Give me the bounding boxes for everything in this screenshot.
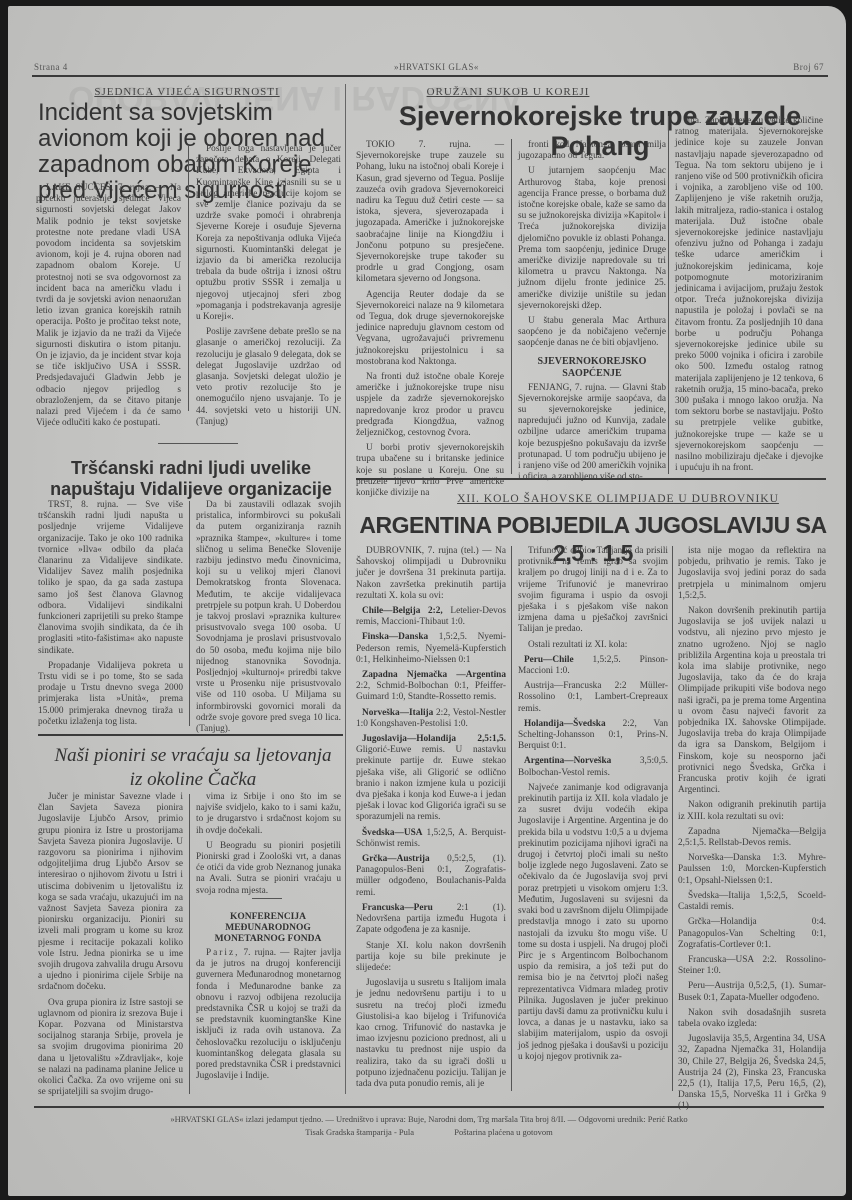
- imprint-line-2: Tisak Gradska štamparija - Pula Poštarin…: [34, 1127, 824, 1137]
- paragraph: U borbi protiv sjevernokorejskih trupa u…: [356, 443, 504, 499]
- paragraph: Nakon dovršenih prekinutih partija Jugos…: [678, 606, 826, 796]
- result-paragraph: Argentina—Norveška 3,5:0,5. Bolbochan-Ve…: [518, 756, 668, 778]
- result-pairing: Jugoslavija—Holandija 2,5:1,5.: [362, 734, 506, 744]
- separator-rule: [252, 898, 282, 899]
- result-pairing: Peru—Chile: [524, 655, 574, 665]
- trieste-column-2: Da bi zaustavili odlazak svojih pristali…: [196, 500, 341, 739]
- paragraph: Jučer je ministar Savezne vlade i član S…: [38, 792, 183, 994]
- imprint: »HRVATSKI GLAS« izlazi jedamput tjedno. …: [34, 1114, 824, 1137]
- korea-subhead: SJEVERNOKOREJSKO SAOPĆENJE: [528, 356, 656, 380]
- paragraph: U štabu generala Mac Arthura saopćeno je…: [518, 316, 666, 350]
- footer-rule: [34, 1106, 824, 1108]
- column-divider: [189, 794, 190, 1094]
- separator-rule: [158, 443, 238, 444]
- result-paragraph: Peru—Austrija 0,5:2,5, (1). Sumar-Busek …: [678, 981, 826, 1003]
- paragraph: Poslije toga nastavljena je jučer započe…: [196, 144, 341, 323]
- paragraph: Na fronti duž istočne obale Koreje ameri…: [356, 372, 504, 439]
- column-divider: [668, 116, 669, 474]
- korea-column-2: fronti kod Naktonga, osam milja jugozapa…: [518, 140, 666, 487]
- paragraph: Da bi zaustavili odlazak svojih pristali…: [196, 500, 341, 735]
- paragraph: Stanje XI. kolu nakon dovršenih partija …: [356, 941, 506, 975]
- paragraph: Agencija Reuter dodaje da se Sjevernokor…: [356, 290, 504, 368]
- result-paragraph: Holandija—Švedska 2:2, Van Schelting-Joh…: [518, 719, 668, 753]
- imf-dateline: Pariz,: [206, 948, 239, 958]
- imf-body: Pariz, 7. rujna. — Rajter javlja da je j…: [196, 948, 341, 1086]
- result-pairing: Holandija—Švedska: [524, 719, 606, 729]
- result-paragraph: Peru—Chile 1,5:2,5. Pinson-Maccioni 1:0.: [518, 655, 668, 677]
- page-number: Strana 4: [34, 62, 68, 72]
- result-paragraph: Francuska—Peru 2:1 (1). Nedovršena parti…: [356, 903, 506, 937]
- paragraph: Trifunović odbio. Talijan je da prisili …: [518, 546, 668, 636]
- result-paragraph: Finska—Danska 1,5:2,5. Nyemi-Pederson re…: [356, 632, 506, 666]
- section-rule: [38, 734, 343, 736]
- result-paragraph: Austrija—Francuska 2:2 Müller-Rossolino …: [518, 681, 668, 715]
- issue-number: Broj 67: [793, 62, 824, 72]
- imf-headline: KONFERENCIJA MEĐUNARODNOG MONETARNOG FON…: [198, 912, 338, 945]
- imf-text: 7. rujna. — Rajter javlja da je jutros n…: [196, 948, 341, 1081]
- paragraph: Nakon odigranih prekinutih partija iz XI…: [678, 800, 826, 822]
- column-divider: [511, 546, 512, 1091]
- paragraph: U jutarnjem saopćenju Mac Arthurovog šta…: [518, 166, 666, 312]
- paragraph: FENJANG, 7. rujna. — Glavni štab Sjevern…: [518, 383, 666, 484]
- paragraph: Najveće zanimanje kod odigravanja prekin…: [518, 783, 668, 1063]
- paragraph: DUBROVNIK, 7. rujna (tel.) — Na Šahovsko…: [356, 546, 506, 602]
- pioneers-headline: Naši pioniri se vraćaju sa ljetovanja iz…: [38, 744, 348, 792]
- result-pairing: Chile—Belgija 2:2,: [362, 606, 443, 616]
- standings-paragraph: Jugoslavija 35,5, Argentina 34, USA 32, …: [678, 1034, 826, 1112]
- paragraph: Propadanje Vidalijeva pokreta u Trstu vi…: [38, 661, 183, 728]
- chess-column-2: Trifunović odbio. Talijan je da prisili …: [518, 546, 668, 1067]
- result-paragraph: Norveška—Danska 1:3. Myhre-Paulssen 1:0,…: [678, 853, 826, 887]
- korea-column-3: tina. Zaplijenjene su velike količine ra…: [675, 116, 823, 479]
- result-paragraph: Švedska—USA 1,5:2,5, A. Berquist-Schönwi…: [356, 828, 506, 850]
- un-column-2: Poslije toga nastavljena je jučer započe…: [196, 144, 341, 432]
- paragraph: fronti kod Naktonga, osam milja jugozapa…: [518, 140, 666, 162]
- result-pairing: Finska—Danska: [362, 632, 428, 642]
- result-paragraph: Chile—Belgija 2:2, Letelier-Devos remis,…: [356, 606, 506, 628]
- korea-column-1: TOKIO 7. rujna. — Sjevernokorejske trupe…: [356, 140, 504, 503]
- result-paragraph: Grčka—Austrija 0,5:2,5, (1). Panagopulos…: [356, 854, 506, 899]
- chess-kicker: XII. KOLO ŠAHOVSKE OLIMPIJADE U DUBROVNI…: [428, 493, 808, 505]
- un-column-1: LAKE SUCCES, 7. rujna. — Na početku juče…: [36, 183, 181, 433]
- paragraph: tina. Zaplijenjene su velike količine ra…: [675, 116, 823, 475]
- result-pairing: Švedska—USA: [362, 828, 422, 838]
- column-divider: [189, 501, 190, 726]
- result-pairing: Zapadna Njemačka —Argentina: [362, 670, 506, 680]
- postage-note: Poštarina plaćena u gotovom: [454, 1127, 552, 1137]
- paragraph: LAKE SUCCES, 7. rujna. — Na početku juče…: [36, 183, 181, 429]
- paragraph: Nakon svih dosadašnjih susreta tabela ov…: [678, 1008, 826, 1030]
- paragraph: ista nije mogao da reflektira na pobjedu…: [678, 546, 826, 602]
- pioneers-headline-line1: Naši pioniri se vraćaju sa ljetovanja: [38, 744, 348, 768]
- un-kicker: SJEDNICA VIJEĆA SIGURNOSTI: [32, 86, 342, 98]
- result-paragraph: Jugoslavija—Holandija 2,5:1,5. Gligorić-…: [356, 734, 506, 824]
- column-divider: [672, 546, 673, 1091]
- printer: Tisak Gradska štamparija - Pula: [305, 1127, 414, 1137]
- paragraph: U Beogradu su pioniri posjetili Pionirsk…: [196, 841, 341, 897]
- pioneers-column-2: vima iz Srbije i ono što im se najviše s…: [196, 792, 341, 901]
- result-paragraph: Francuska—USA 2:2. Rossolino-Steiner 1:0…: [678, 955, 826, 977]
- pioneers-headline-line2: iz okoline Čačka: [38, 768, 348, 792]
- paragraph: TRST, 8. rujna. — Sve više tršćanskih ra…: [38, 500, 183, 657]
- paragraph: Ostali rezultati iz XI. kola:: [518, 640, 668, 651]
- page-column-divider: [345, 84, 346, 1094]
- result-paragraph: Zapadna Njemačka —Argentina 2:2, Schmid-…: [356, 670, 506, 704]
- paragraph: Poslije završene debate prešlo se na gla…: [196, 327, 341, 428]
- result-pairing: Norveška—Italija: [362, 708, 433, 718]
- imprint-line-1: »HRVATSKI GLAS« izlazi jedamput tjedno. …: [34, 1114, 824, 1124]
- result-pairing: Argentina—Norveška: [524, 756, 611, 766]
- trieste-column-1: TRST, 8. rujna. — Sve više tršćanskih ra…: [38, 500, 183, 732]
- result-paragraph: Švedska—Italija 1,5:2,5, Scoeld-Castaldi…: [678, 891, 826, 913]
- result-pairing: Grčka—Austrija: [362, 854, 430, 864]
- result-paragraph: Norveška—Italija 2:2, Vestol-Nestler 1:0…: [356, 708, 506, 730]
- result-paragraph: Grčka—Holandija 0:4. Panagopulos-Van Sch…: [678, 917, 826, 951]
- paragraph: Ova grupa pionira iz Istre sastoji se ug…: [38, 998, 183, 1099]
- result-pairing: Francuska—Peru: [362, 903, 433, 913]
- paragraph: Jugoslavija u susretu s Italijom imala j…: [356, 978, 506, 1090]
- paragraph: TOKIO 7. rujna. — Sjevernokorejske trupe…: [356, 140, 504, 286]
- section-rule: [356, 478, 826, 480]
- paragraph: vima iz Srbije i ono što im se najviše s…: [196, 792, 341, 837]
- column-divider: [511, 139, 512, 474]
- column-divider: [188, 146, 189, 411]
- masthead: »HRVATSKI GLAS«: [394, 62, 479, 72]
- chess-column-1: DUBROVNIK, 7. rujna (tel.) — Na Šahovsko…: [356, 546, 506, 1094]
- paragraph: Pariz, 7. rujna. — Rajter javlja da je j…: [196, 948, 341, 1082]
- trieste-headline: Tršćanski radni ljudi uvelike napuštaju …: [46, 458, 336, 500]
- pioneers-column-1: Jučer je ministar Savezne vlade i član S…: [38, 792, 183, 1102]
- korea-kicker: ORUŽANI SUKOB U KOREJI: [348, 86, 668, 98]
- chess-column-3: ista nije mogao da reflektira na pobjedu…: [678, 546, 826, 1117]
- header-rule: [32, 75, 828, 77]
- newspaper-page: OPORAVLJENA I RADOSNA Strana 4 »HRVATSKI…: [8, 6, 846, 1196]
- result-paragraph: Zapadna Njemačka—Belgija 2,5:1,5. Rellst…: [678, 827, 826, 849]
